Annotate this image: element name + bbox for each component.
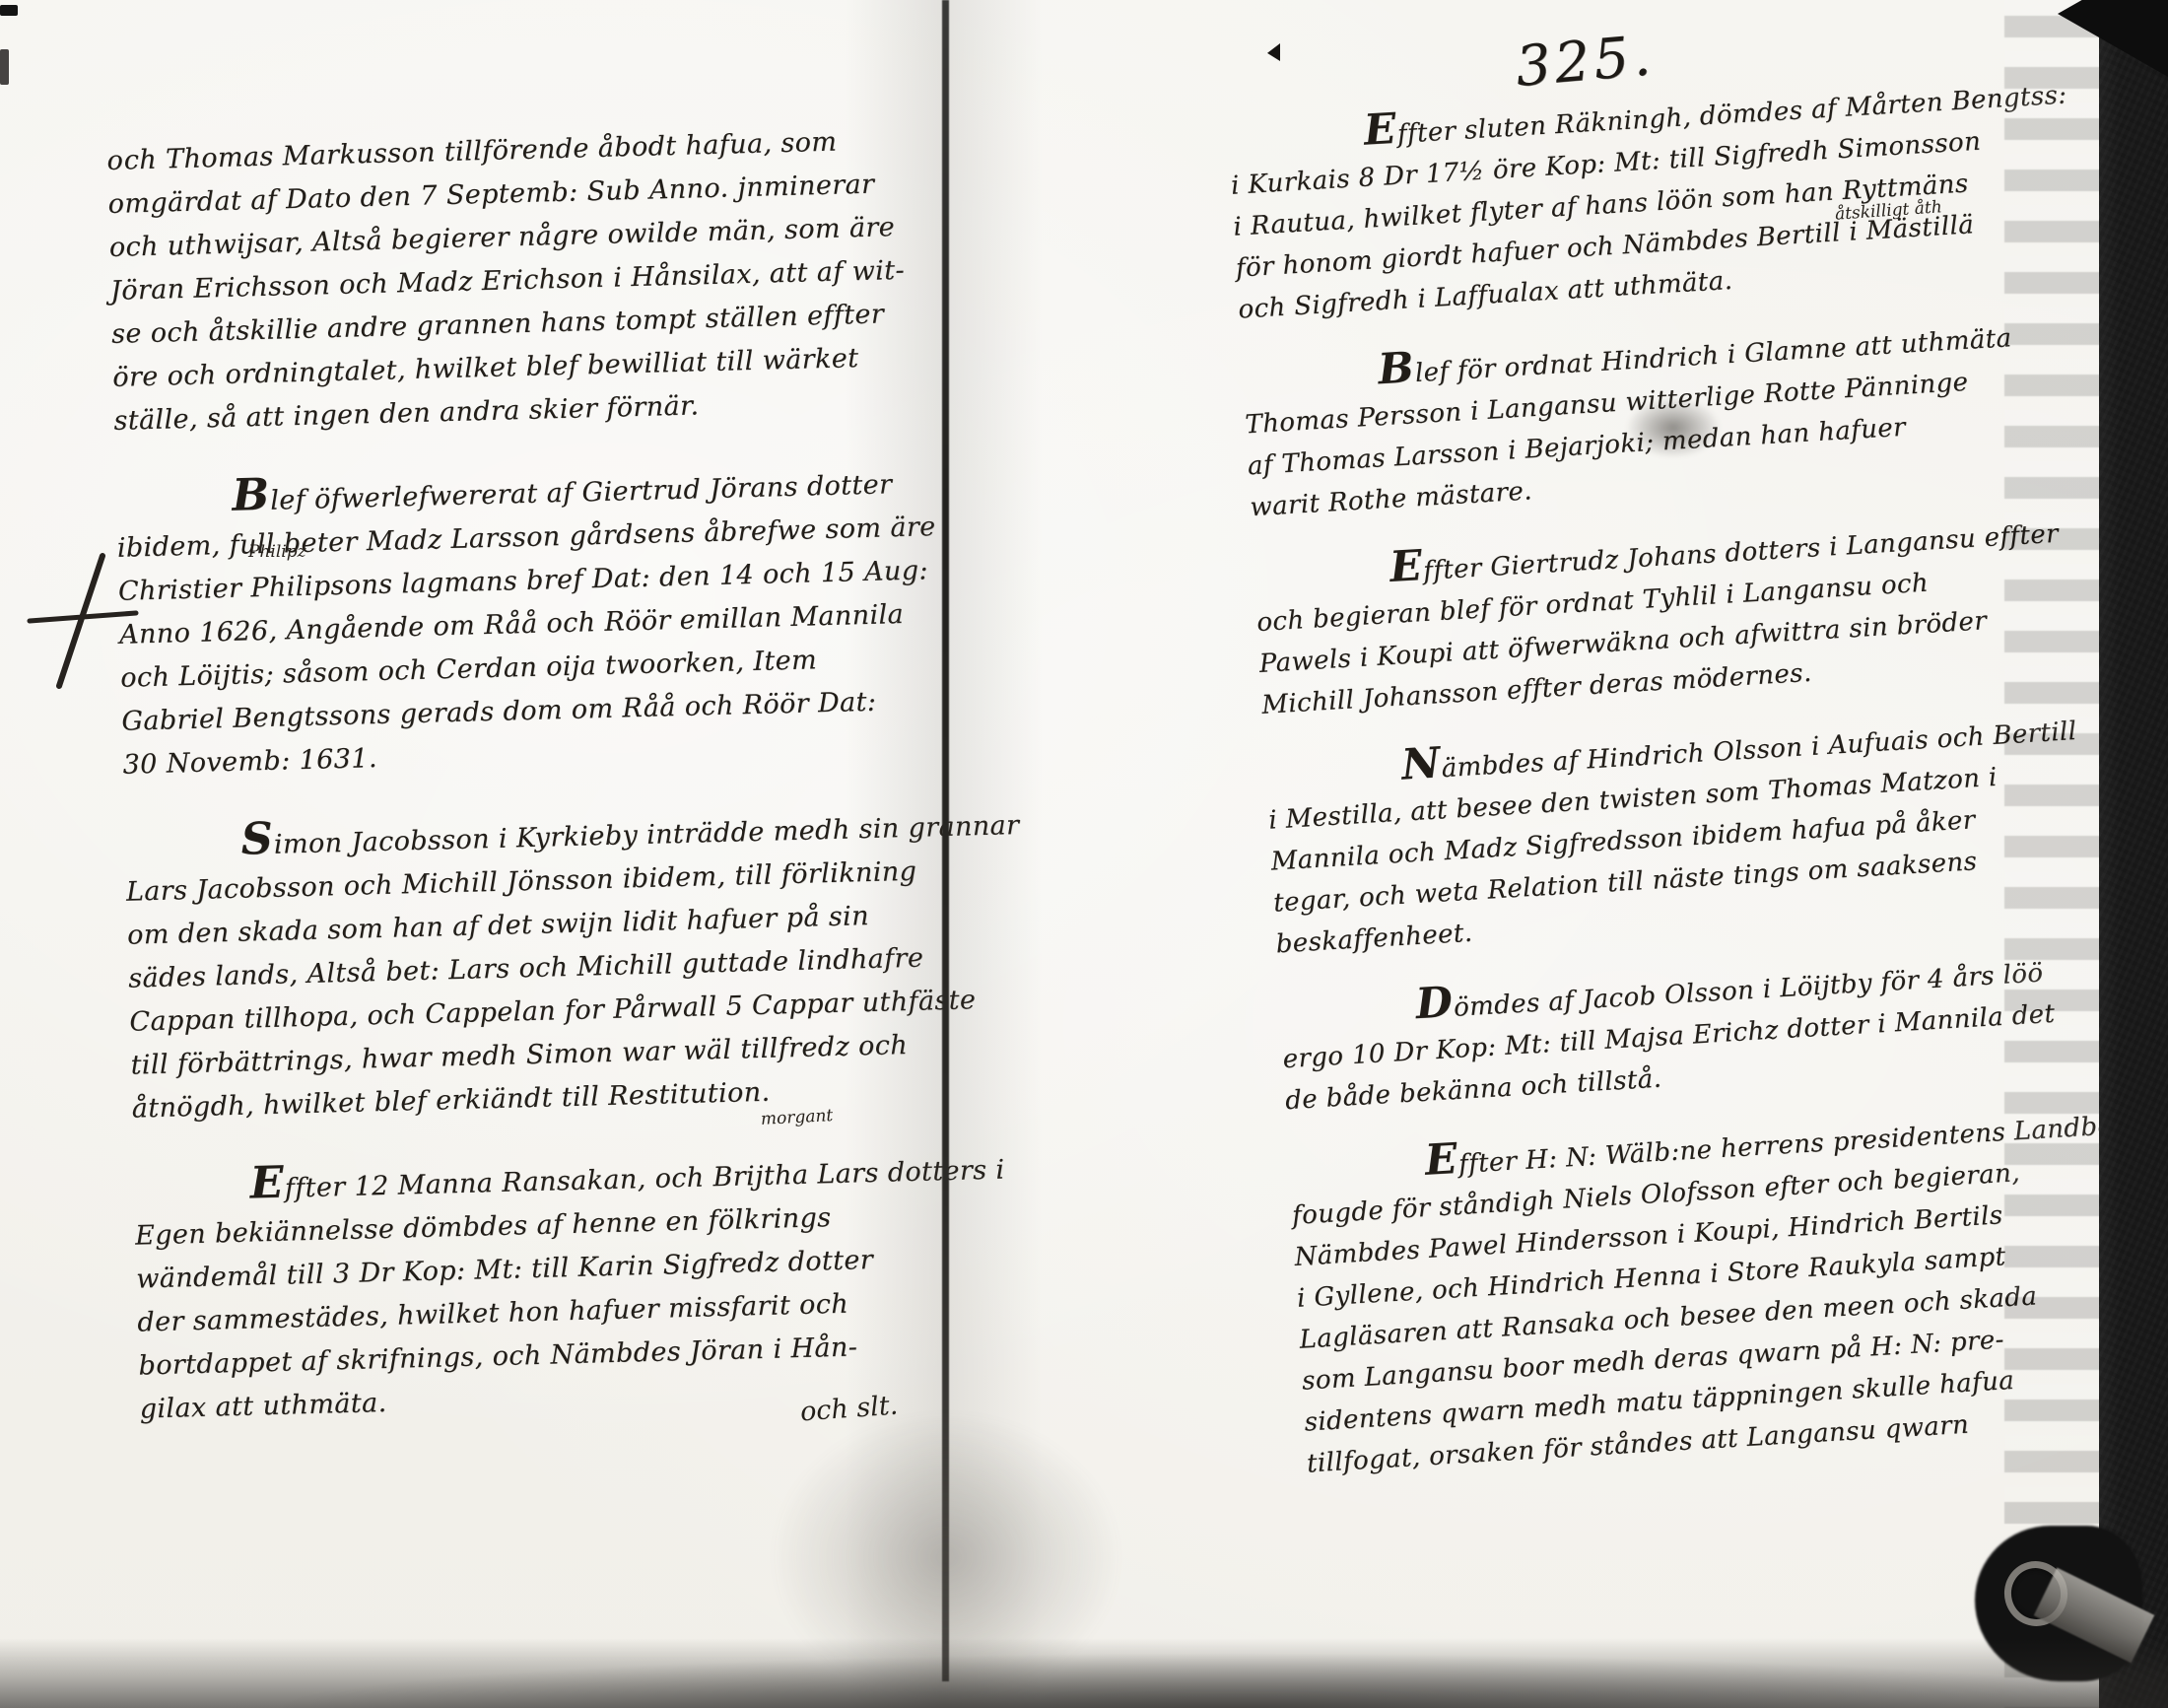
manuscript-paragraph: Dömdes af Jacob Olsson i Löijtby för 4 å… [1279, 944, 2088, 1122]
page-edges-texture [2004, 0, 2103, 1708]
manuscript-paragraph: Effter Giertrudz Johans dotters i Langan… [1253, 508, 2065, 726]
edge-mark [0, 5, 18, 16]
interlinear-insertion: Philipz [248, 542, 306, 562]
manuscript-paragraph: och Thomas Markusson tillförende åbodt h… [106, 118, 950, 444]
edge-mark [0, 49, 9, 85]
manuscript-paragraph: Blef för ordnat Hindrich i Glamne att ut… [1241, 309, 2053, 528]
right-page-text: Effter sluten Räkningh, dömdes af Mårten… [1227, 71, 2110, 1485]
page-number: 325. [1513, 24, 1657, 100]
interlinear-insertion: morgant [761, 1106, 834, 1129]
bottom-scan-shadow [0, 1638, 2168, 1708]
manuscript-paragraph: Effter H: N: Wälb:ne herrens presidenten… [1288, 1101, 2110, 1485]
margin-cross-mark [26, 552, 142, 690]
manuscript-scan: och Thomas Markusson tillförende åbodt h… [0, 0, 2168, 1708]
manuscript-paragraph: Blef öfwerlefwererat af Giertrud Jörans … [115, 455, 959, 787]
scan-background-dark [2099, 0, 2168, 1708]
gutter-top-mark [1267, 43, 1280, 61]
manuscript-paragraph: Nämbdes af Hindrich Olsson i Aufuais och… [1264, 706, 2078, 966]
manuscript-paragraph: Simon Jacobsson i Kyrkieby inträdde medh… [124, 799, 968, 1131]
book-edge [2004, 0, 2168, 1708]
